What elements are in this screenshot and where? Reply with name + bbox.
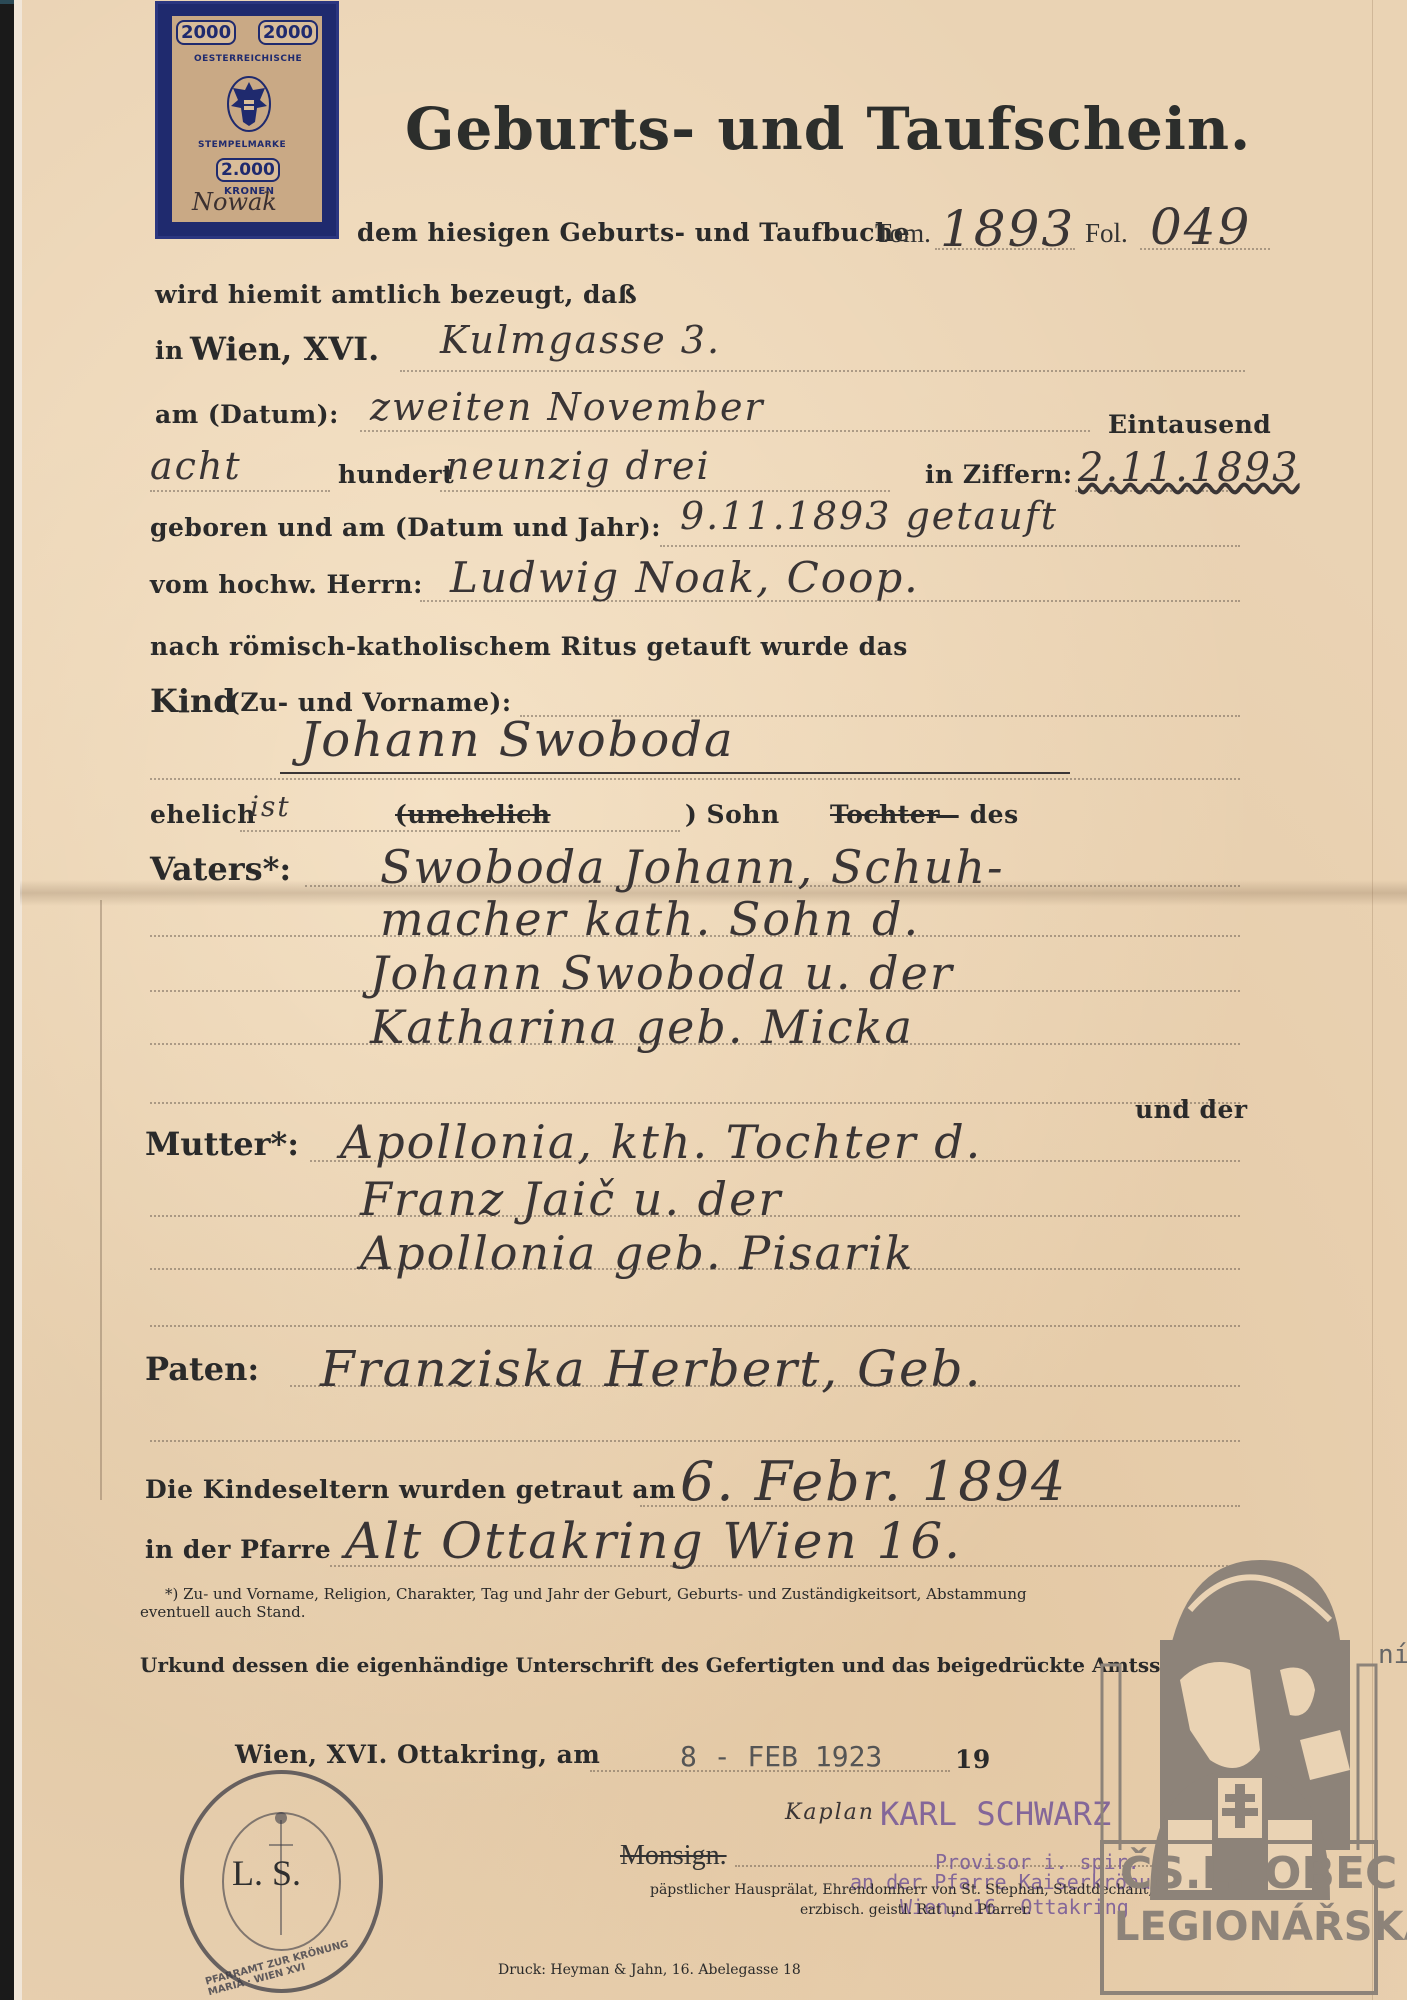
priest-label: vom hochw. Herrn: (150, 570, 423, 599)
place-prefix: in (155, 336, 184, 365)
eagle-icon (227, 74, 271, 132)
father-line-2: macher kath. Sohn d. (380, 892, 920, 946)
logo-csl: ČS.L. (1120, 1848, 1246, 1899)
stamp-country-text: OESTERREICHISCHE (194, 54, 302, 64)
footnote-line-1: *) Zu- und Vorname, Religion, Charakter,… (165, 1585, 1027, 1603)
paper-edge (14, 0, 22, 2000)
official-seal: L. S. PFARRAMT ZUR KRÖNUNG MARIÄ · WIEN … (180, 1770, 383, 1993)
godparent-label: Paten: (145, 1350, 259, 1388)
year-hundert: hundert (338, 460, 454, 489)
issue-date-stamp: 8 - FEB 1923 (680, 1740, 882, 1773)
parish-label: in der Pfarre (145, 1535, 331, 1564)
tom-value: 1893 (940, 200, 1075, 258)
document-title: Geburts- und Taufschein. (405, 95, 1251, 163)
und-der: und der (1135, 1095, 1248, 1124)
mother-line-1: Apollonia, kth. Tochter d. (340, 1115, 982, 1169)
marriage-value: 6. Febr. 1894 (680, 1450, 1067, 1513)
place-value: Kulmgasse 3. (440, 318, 721, 362)
year-words-2: neunzig drei (445, 444, 711, 488)
father-label: Vaters*: (150, 850, 291, 888)
baptism-value: 9.11.1893 getauft (680, 494, 1058, 538)
father-line-1: Swoboda Johann, Schuh- (380, 840, 1005, 894)
legit-tochter: Tochter (830, 800, 940, 829)
stamp-value-top-left: 2000 (176, 20, 236, 45)
register-intro: dem hiesigen Geburts- und Taufbuche (357, 218, 910, 247)
name-stamp: KARL SCHWARZ (880, 1795, 1111, 1833)
printer-imprint: Druck: Heyman & Jahn, 16. Abelegasse 18 (498, 1962, 801, 1978)
priest-value: Ludwig Noak, Coop. (450, 553, 920, 602)
digits-value: 2.11.1893 (1078, 445, 1300, 491)
stamp-type-text: STEMPELMARKE (198, 140, 286, 150)
mother-line-3: Apollonia geb. Pisarik (360, 1226, 915, 1280)
issue-place: Wien, XVI. Ottakring, am (235, 1740, 600, 1769)
marriage-label: Die Kindeseltern wurden getraut am (145, 1475, 676, 1504)
attestation-line: Urkund dessen die eigenhändige Unterschr… (140, 1653, 1222, 1677)
mother-line-2: Franz Jaič u. der (360, 1172, 782, 1226)
legit-unehelich: (unehelich (395, 800, 551, 829)
baptism-label: geboren und am (Datum und Jahr): (150, 513, 661, 542)
fol-value: 049 (1150, 198, 1251, 256)
revenue-stamp: 2000 2000 OESTERREICHISCHE STEMPELMARKE … (158, 4, 336, 236)
logo-legionarska: LEGIONÁŘSKÁ (1114, 1904, 1407, 1950)
stamp-cancel-signature: Nowak (192, 188, 277, 216)
legit-des: — des (935, 800, 1019, 829)
father-line-4: Katharina geb. Micka (370, 1000, 914, 1054)
signatory-title-1: päpstlicher Hausprälat, Ehrendomherr von… (650, 1882, 1153, 1898)
seal-ls-text: L. S. (232, 1852, 301, 1894)
child-label-bold: Kind (150, 682, 236, 720)
place-city: Wien, XVI. (190, 330, 379, 368)
digits-label: in Ziffern: (925, 460, 1073, 489)
date-value: zweiten November (370, 385, 765, 429)
year-thousand: Eintausend (1108, 410, 1271, 439)
legion-watermark-logo: ČS.L. OBEC LEGIONÁŘSKÁ (1100, 1530, 1380, 2000)
parish-value: Alt Ottakring Wien 16. (345, 1512, 962, 1570)
logo-obec: OBEC (1264, 1848, 1397, 1899)
stamp-value-top-right: 2000 (258, 20, 318, 45)
attest-line: wird hiemit amtlich bezeugt, daß (155, 280, 637, 309)
legit-mark: ist (250, 790, 291, 823)
godparent-value: Franziska Herbert, Geb. (320, 1340, 983, 1398)
rite-line: nach römisch-katholischem Ritus getauft … (150, 632, 908, 661)
mother-label: Mutter*: (145, 1125, 299, 1163)
signature-handwritten: Kaplan (785, 1800, 875, 1825)
tom-label: Tom. (875, 218, 931, 249)
signatory-title-2: erzbisch. geistl. Rat und Pfarrer. (800, 1902, 1032, 1918)
fol-label: Fol. (1085, 218, 1128, 249)
date-label: am (Datum): (155, 400, 339, 429)
child-value: Johann Swoboda (300, 712, 735, 768)
legit-ehelich: ehelich (150, 800, 256, 829)
year-words-1: acht (150, 444, 242, 488)
vertical-fold (100, 900, 102, 1500)
logo-text-box: ČS.L. OBEC LEGIONÁŘSKÁ (1100, 1840, 1378, 1995)
issue-year-prefix: 19 (955, 1745, 991, 1774)
footnote-line-2: eventuell auch Stand. (140, 1603, 306, 1621)
monsign-struck: Monsign. (620, 1840, 727, 1872)
child-underline (280, 772, 1070, 774)
stamp-value-center: 2.000 (216, 158, 280, 182)
father-line-3: Johann Swoboda u. der (370, 946, 954, 1000)
legit-sohn: ) Sohn (685, 800, 780, 829)
edge-text: ní (1378, 1640, 1407, 1670)
